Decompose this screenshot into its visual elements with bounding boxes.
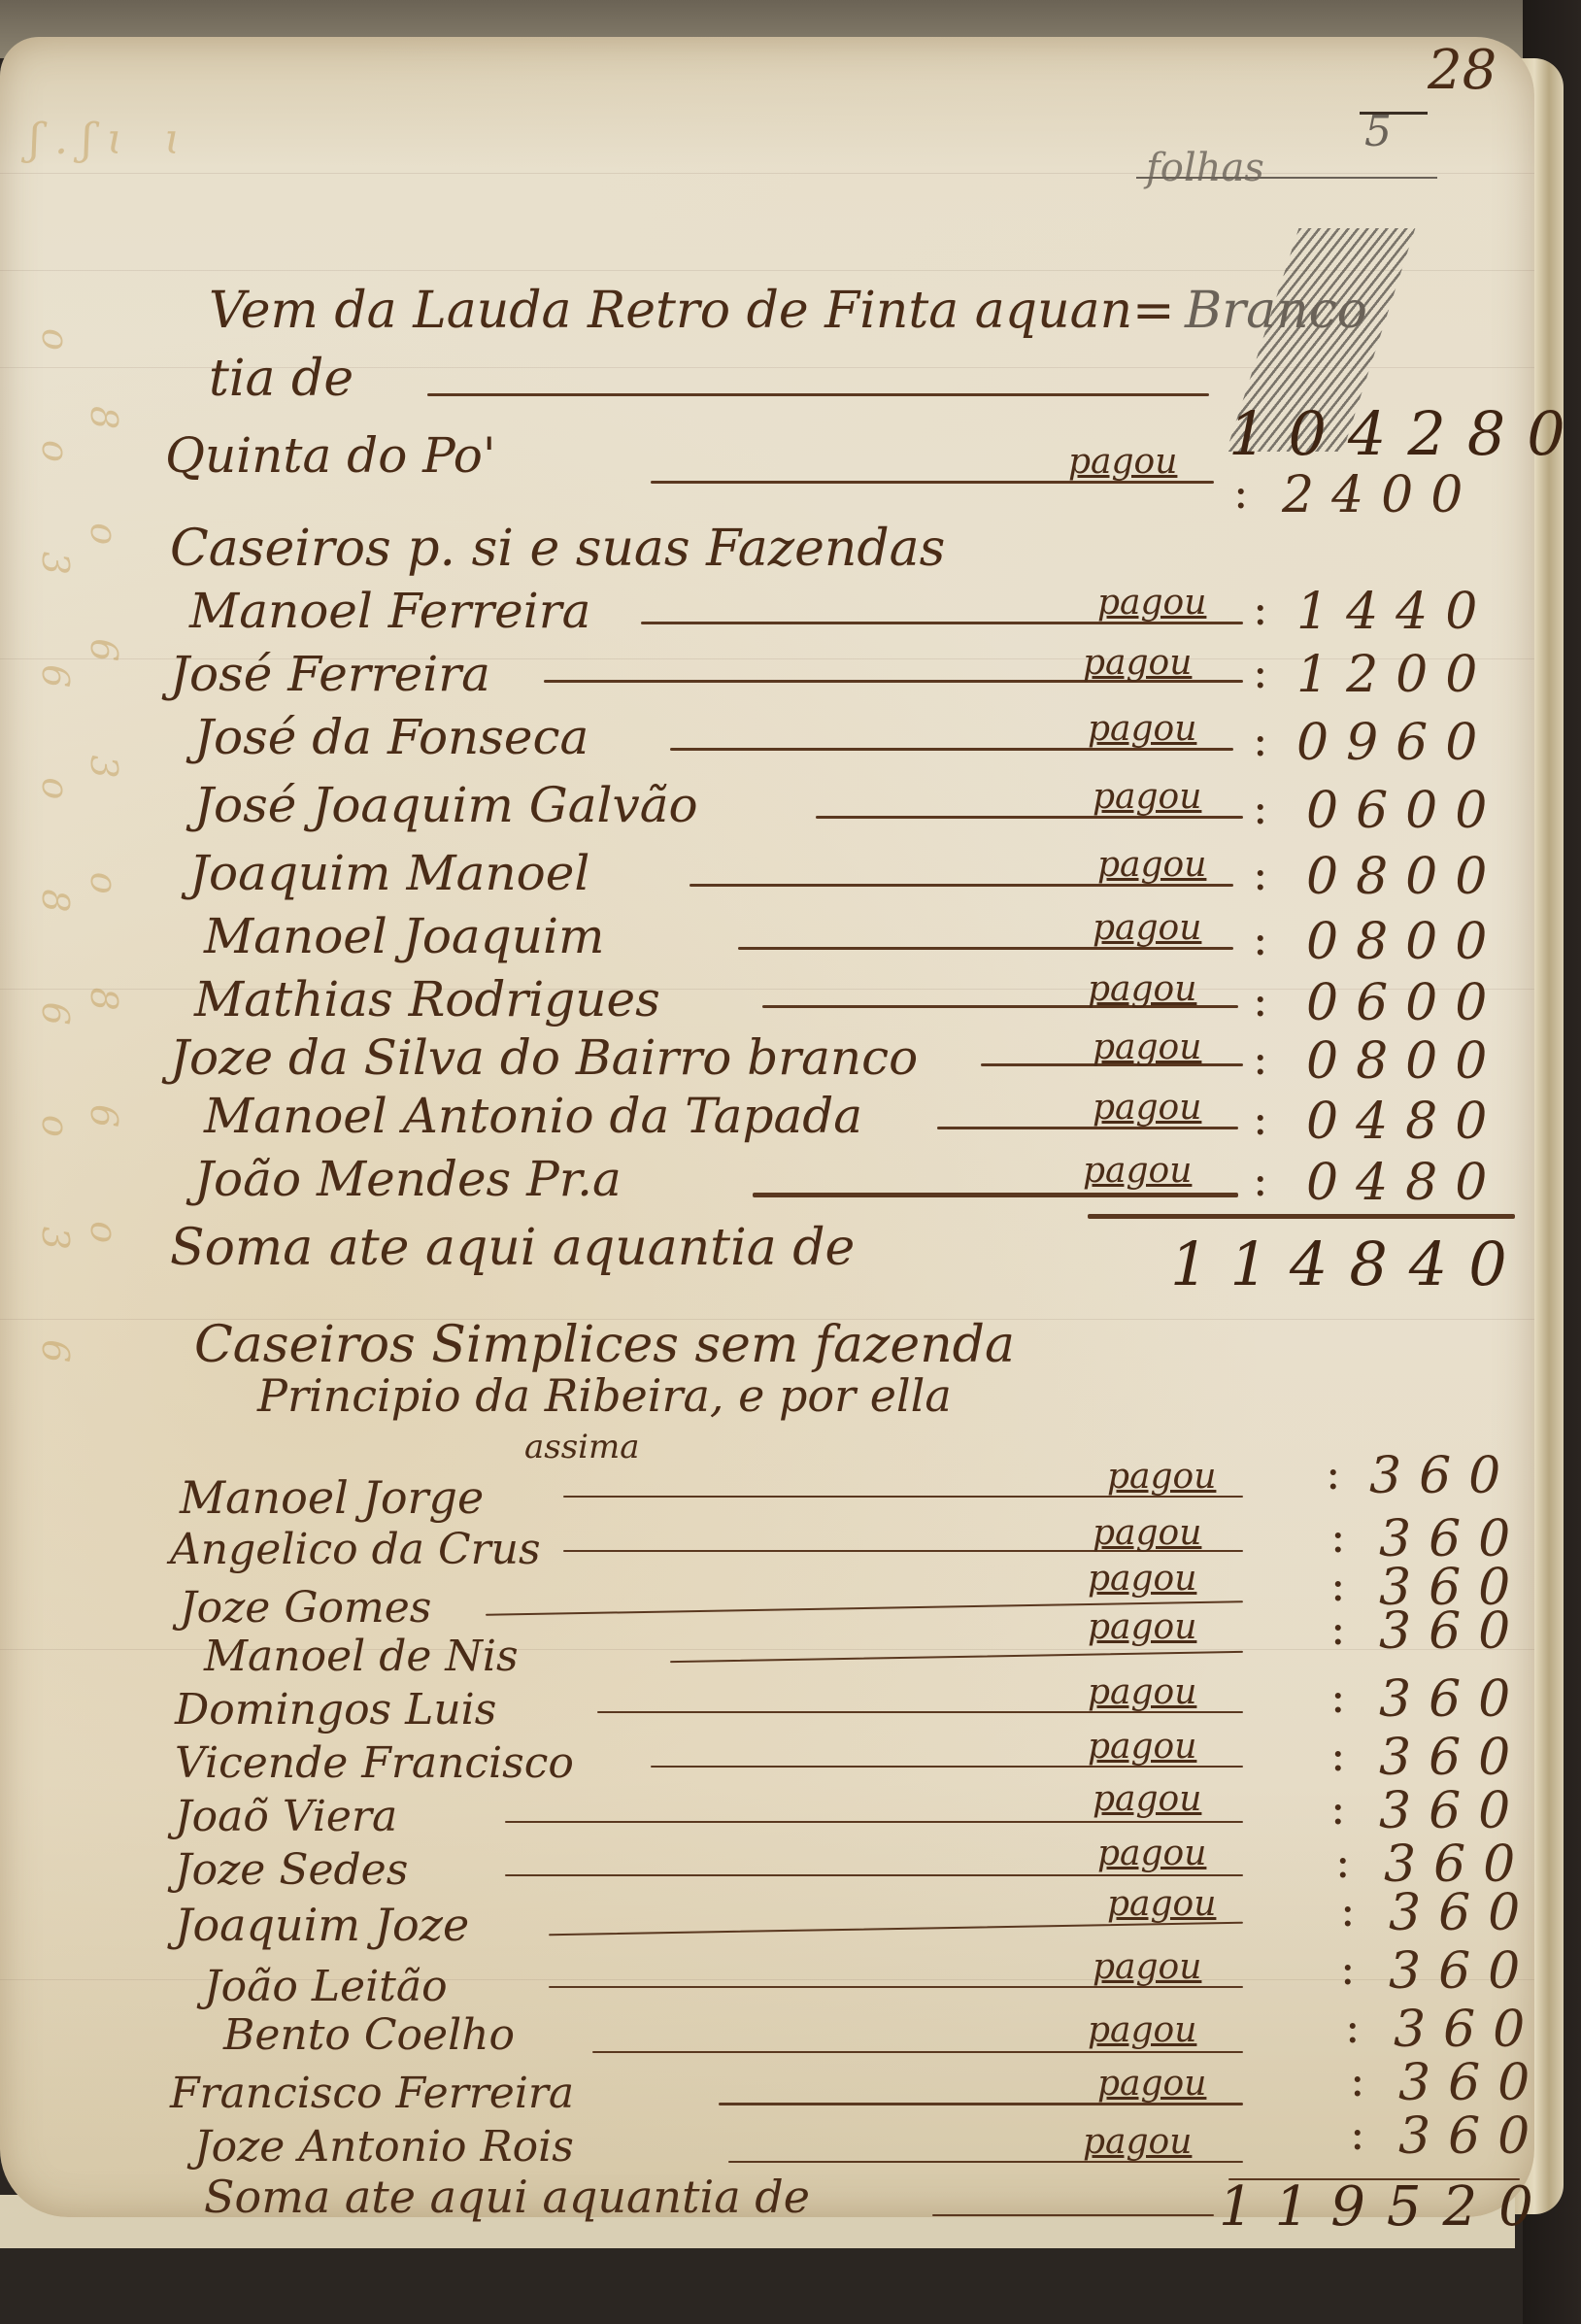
paid-mark: pagou (1093, 1513, 1201, 1553)
colon-mark: : (1253, 1154, 1268, 1206)
entry-amount: 360 (1379, 1670, 1528, 1729)
header-line-1: Vem da Lauda Retro de Finta aquan= (209, 282, 1175, 340)
entry-amount: 360 (1379, 1602, 1528, 1661)
entry-amount: 1200 (1296, 646, 1495, 704)
colon-mark: : (1253, 913, 1268, 965)
entry-name: Manoel de Nis (204, 1632, 519, 1681)
paid-mark: pagou (1093, 1947, 1201, 1987)
ruled-line (0, 173, 1534, 174)
paid-mark: pagou (1088, 969, 1196, 1009)
colon-mark: : (1253, 974, 1268, 1027)
subtotal-amount: 114840 (1170, 1229, 1529, 1299)
section-subheading: Principio da Ribeira, e por ella (257, 1369, 952, 1422)
colon-mark: : (1330, 1510, 1346, 1563)
total-label: Soma ate aqui aquantia de (204, 2171, 810, 2223)
entry-amount: 360 (1398, 2054, 1547, 2112)
colon-mark: : (1253, 848, 1268, 900)
entry-name: José Joaquim Galvão (194, 777, 698, 833)
colon-mark: : (1233, 466, 1249, 519)
colon-mark: : (1345, 2001, 1361, 2053)
colon-mark: : (1253, 583, 1268, 635)
colon-mark: : (1330, 1670, 1346, 1723)
colon-mark: : (1253, 782, 1268, 834)
entry-amount: 360 (1398, 2107, 1547, 2166)
section-heading: Caseiros p. si e suas Fazendas (170, 520, 945, 578)
entry-name: Joze Sedes (175, 1845, 408, 1895)
paid-mark: pagou (1093, 1088, 1201, 1128)
paid-mark: pagou (1093, 777, 1201, 817)
total-amount: 119520 (1219, 2175, 1555, 2239)
subtotal-rule (1088, 1214, 1515, 1219)
paid-mark: pagou (1093, 1779, 1201, 1819)
colon-mark: : (1340, 1884, 1356, 1937)
struck-word: folhas (1146, 146, 1264, 190)
colon-mark: : (1350, 2107, 1365, 2160)
paid-mark: pagou (1107, 1884, 1216, 1924)
entry-name: Joze Gomes (180, 1583, 431, 1633)
colon-mark: : (1253, 1032, 1268, 1085)
bleed-through-marks: 8 o 6 3 o 8 6 o (83, 406, 125, 1284)
paid-mark: pagou (1083, 1151, 1192, 1191)
entry-amount: 360 (1379, 1729, 1528, 1787)
leader-line (427, 393, 1209, 396)
leader-line (505, 1874, 1243, 1876)
entry-amount: 0480 (1306, 1093, 1504, 1151)
entry-name: Quinta do Po' (165, 427, 496, 484)
paid-mark: pagou (1088, 1727, 1196, 1767)
strike-line (1136, 177, 1437, 179)
entry-amount: 0600 (1306, 974, 1504, 1032)
entry-name: Manoel Jorge (180, 1471, 484, 1524)
colon-mark: : (1330, 1782, 1346, 1835)
entry-amount: 0800 (1306, 1032, 1504, 1091)
entry-amount: 360 (1379, 1782, 1528, 1840)
subtotal-label: Soma ate aqui aquantia de (170, 1219, 855, 1277)
entry-amount: 360 (1369, 1447, 1518, 1505)
colon-mark: : (1253, 646, 1268, 698)
paid-mark: pagou (1093, 1027, 1201, 1067)
leader-line (592, 2051, 1243, 2053)
entry-name: José Ferreira (170, 646, 490, 702)
entry-name: Joaõ Viera (175, 1792, 397, 1841)
paid-mark: pagou (1088, 1672, 1196, 1712)
entry-amount: 2400 (1282, 466, 1480, 524)
paid-mark: pagou (1088, 709, 1196, 749)
carried-total: 104280 (1228, 398, 1581, 469)
entry-name: João Mendes Pr.a (194, 1151, 622, 1207)
entry-amount: 1440 (1296, 583, 1495, 641)
header-line-2: tia de (209, 350, 353, 408)
paid-mark: pagou (1068, 442, 1177, 482)
colon-mark: : (1253, 1093, 1268, 1145)
entry-name: Joze Antonio Rois (194, 2122, 574, 2172)
paid-mark: pagou (1088, 1607, 1196, 1647)
colon-mark: : (1253, 714, 1268, 766)
entry-name: João Leitão (204, 1962, 448, 2011)
entry-name: Vicende Francisco (175, 1738, 574, 1788)
paid-mark: pagou (1107, 1457, 1216, 1497)
leader-line (753, 1193, 1238, 1197)
paid-mark: pagou (1097, 1834, 1206, 1873)
paid-mark: pagou (1097, 583, 1206, 623)
colon-mark: : (1350, 2054, 1365, 2106)
entry-amount: 0600 (1306, 782, 1504, 840)
section-heading: Caseiros Simplices sem fazenda (194, 1316, 1015, 1374)
leader-line (505, 1821, 1243, 1823)
margin-note-branco: Branco (1185, 282, 1367, 340)
entry-name: Francisco Ferreira (170, 2069, 574, 2118)
entry-amount: 360 (1389, 1884, 1537, 1942)
bleed-through-marks: ʃ.ʃɩ ɩ (29, 115, 194, 164)
colon-mark: : (1330, 1729, 1346, 1781)
section-subheading: assima (524, 1428, 640, 1466)
entry-amount: 0800 (1306, 848, 1504, 906)
paid-mark: pagou (1083, 2122, 1192, 2162)
entry-name: Bento Coelho (223, 2010, 515, 2060)
entry-name: Manoel Joaquim (204, 908, 604, 964)
colon-mark: : (1335, 1836, 1351, 1888)
paid-mark: pagou (1088, 1559, 1196, 1599)
paid-mark: pagou (1083, 643, 1192, 683)
colon-mark: : (1330, 1602, 1346, 1655)
entry-name: Domingos Luis (175, 1685, 496, 1735)
entry-name: Mathias Rodrigues (194, 971, 660, 1027)
entry-amount: 360 (1394, 2001, 1542, 2059)
entry-amount: 0480 (1306, 1154, 1504, 1212)
entry-name: Angelico da Crus (170, 1525, 541, 1574)
entry-name: Manoel Antonio da Tapada (204, 1088, 862, 1144)
entry-name: Manoel Ferreira (189, 583, 590, 639)
colon-mark: : (1326, 1447, 1341, 1499)
colon-mark: : (1340, 1942, 1356, 1995)
paid-mark: pagou (1093, 908, 1201, 948)
page-number: 28 (1428, 39, 1497, 102)
strike-line (1360, 112, 1428, 115)
entry-name: Joaquim Joze (175, 1899, 469, 1951)
entry-amount: 0800 (1306, 913, 1504, 971)
paid-mark: pagou (1088, 2010, 1196, 2050)
entry-name: José da Fonseca (194, 709, 589, 765)
entry-amount: 0960 (1296, 714, 1495, 772)
leader-line (932, 2214, 1214, 2216)
entry-amount: 360 (1389, 1942, 1537, 2001)
entry-name: Joze da Silva do Bairro branco (170, 1029, 918, 1086)
paid-mark: pagou (1097, 845, 1206, 885)
paid-mark: pagou (1097, 2064, 1206, 2104)
bleed-through-marks: o o 3 6 o 8 6 o 3 6 (34, 328, 77, 1401)
entry-name: Joaquim Manoel (189, 845, 589, 901)
